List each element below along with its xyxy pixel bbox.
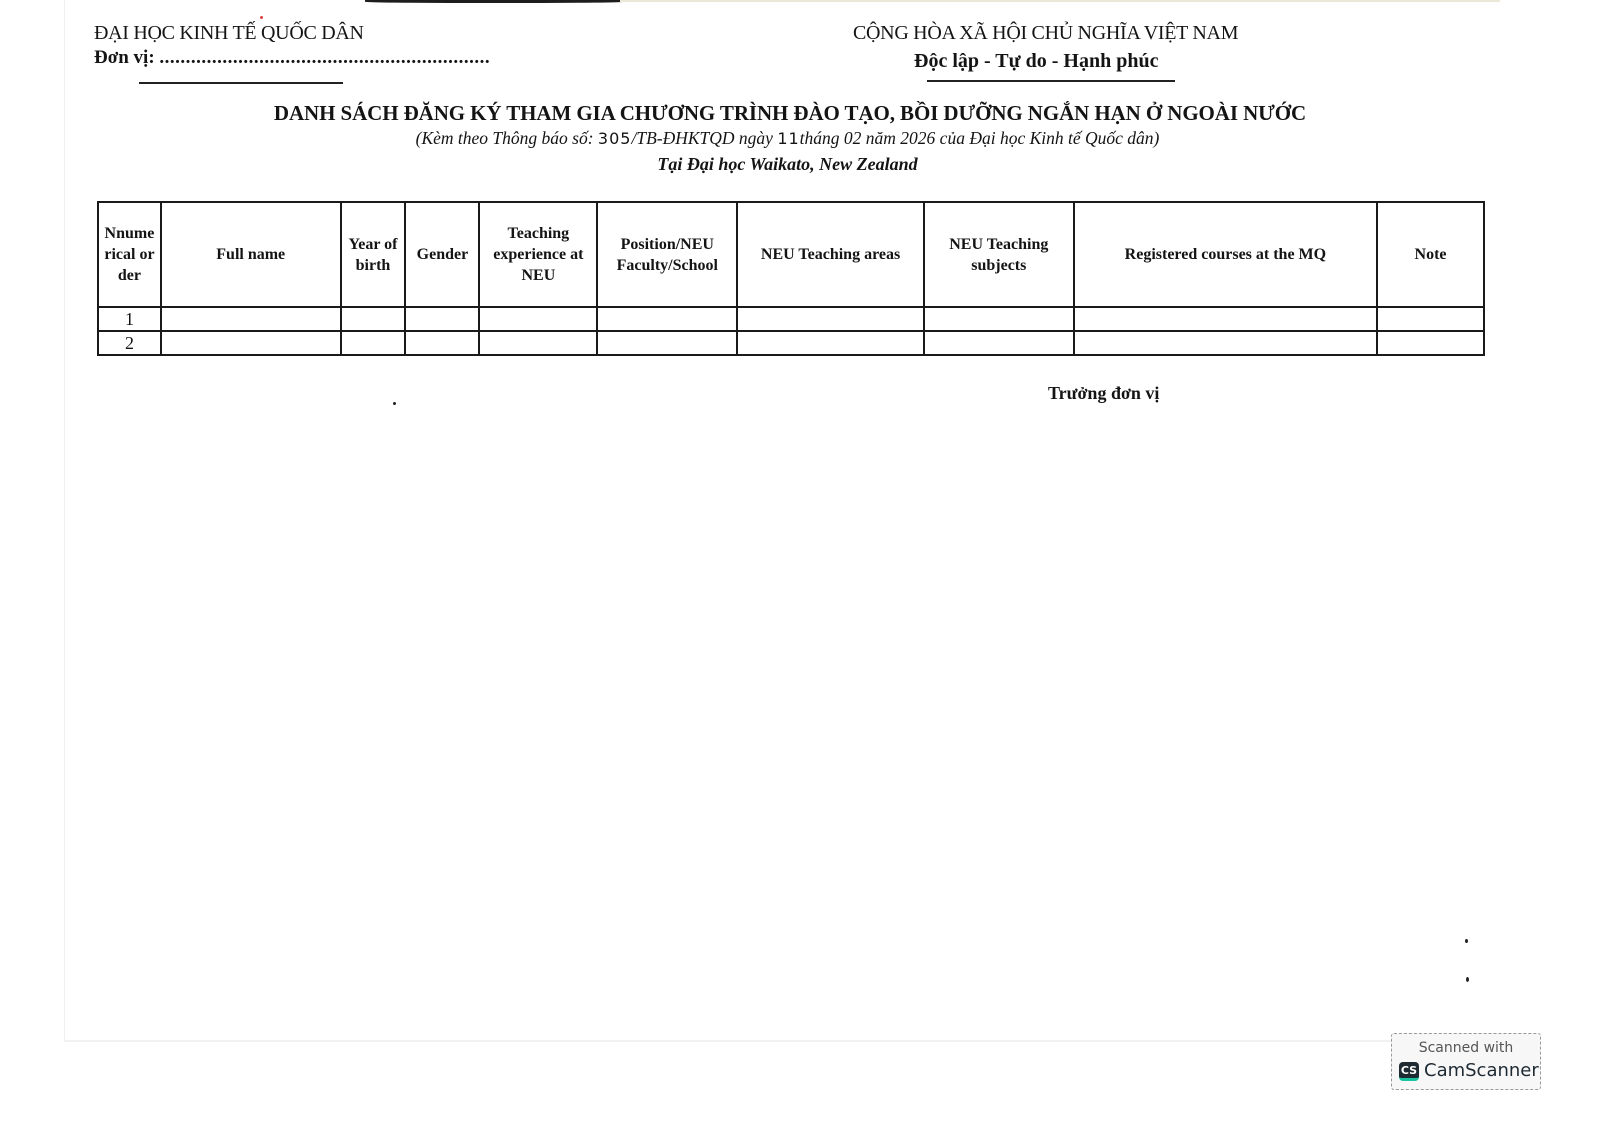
table-cell — [737, 331, 924, 355]
table-cell — [1377, 307, 1484, 331]
column-header: NEU Teaching areas — [737, 202, 924, 307]
subtitle-mid: /TB-ĐHKTQD ngày — [631, 128, 777, 148]
watermark-caption: Scanned with — [1392, 1040, 1540, 1056]
column-header: Year of birth — [341, 202, 406, 307]
country-name: CỘNG HÒA XÃ HỘI CHỦ NGHĨA VIỆT NAM — [853, 22, 1238, 45]
column-header: Registered courses at the MQ — [1074, 202, 1377, 307]
row-number-cell: 1 — [98, 307, 161, 331]
table-cell — [597, 307, 737, 331]
column-header: NEU Teaching subjects — [924, 202, 1074, 307]
document-location: Tại Đại học Waikato, New Zealand — [0, 154, 1575, 175]
scan-top-edge — [620, 0, 1500, 2]
table-cell — [341, 331, 406, 355]
table-cell — [924, 331, 1074, 355]
signer-title: Trưởng đơn vị — [1048, 383, 1159, 404]
notice-day: 11 — [777, 129, 799, 148]
subtitle-suffix: tháng 02 năm 2026 của Đại học Kinh tế Qu… — [800, 128, 1160, 148]
table-row: 2 — [98, 331, 1484, 355]
scan-top-shadow — [365, 0, 625, 3]
table-cell — [405, 307, 479, 331]
scan-speck — [1465, 939, 1468, 943]
table-cell — [405, 331, 479, 355]
subtitle-prefix: (Kèm theo Thông báo số: — [416, 128, 598, 148]
table-cell — [479, 331, 597, 355]
motto-underline — [927, 80, 1175, 82]
column-header: Gender — [405, 202, 479, 307]
unit-label: Đơn vị: — [94, 47, 155, 68]
table-header-row: Nnumerical order Full name Year of birth… — [98, 202, 1484, 307]
table-cell — [737, 307, 924, 331]
table-cell — [341, 307, 406, 331]
table-cell — [1377, 331, 1484, 355]
left-header-underline — [139, 82, 343, 84]
column-header: Full name — [161, 202, 341, 307]
table-cell — [1074, 307, 1377, 331]
camscanner-logo-icon: CS — [1399, 1062, 1419, 1081]
institution-name: ĐẠI HỌC KINH TẾ QUỐC DÂN — [94, 22, 364, 45]
row-number-cell: 2 — [98, 331, 161, 355]
table-cell — [161, 307, 341, 331]
column-header: Nnumerical order — [98, 202, 161, 307]
national-motto: Độc lập - Tự do - Hạnh phúc — [914, 50, 1158, 73]
column-header: Teaching experience at NEU — [479, 202, 597, 307]
table-cell — [1074, 331, 1377, 355]
table-cell — [597, 331, 737, 355]
column-header: Note — [1377, 202, 1484, 307]
table-cell — [479, 307, 597, 331]
document-title: DANH SÁCH ĐĂNG KÝ THAM GIA CHƯƠNG TRÌNH … — [0, 101, 1580, 126]
table-cell — [161, 331, 341, 355]
camscanner-watermark: Scanned with CS CamScanner — [1391, 1033, 1541, 1090]
unit-field: Đơn vị: ................................… — [94, 47, 490, 69]
table-row: 1 — [98, 307, 1484, 331]
column-header: Position/NEU Faculty/School — [597, 202, 737, 307]
registration-table: Nnumerical order Full name Year of birth… — [97, 201, 1485, 356]
notice-number: 305 — [598, 129, 632, 148]
table-cell — [924, 307, 1074, 331]
scan-speck — [1466, 977, 1469, 982]
scan-speck — [393, 402, 396, 405]
watermark-brand: CamScanner — [1424, 1060, 1539, 1081]
document-subtitle: (Kèm theo Thông báo số: 305/TB-ĐHKTQD ng… — [0, 128, 1575, 149]
scan-speck — [260, 16, 263, 19]
unit-value-blank: ........................................… — [159, 47, 490, 68]
